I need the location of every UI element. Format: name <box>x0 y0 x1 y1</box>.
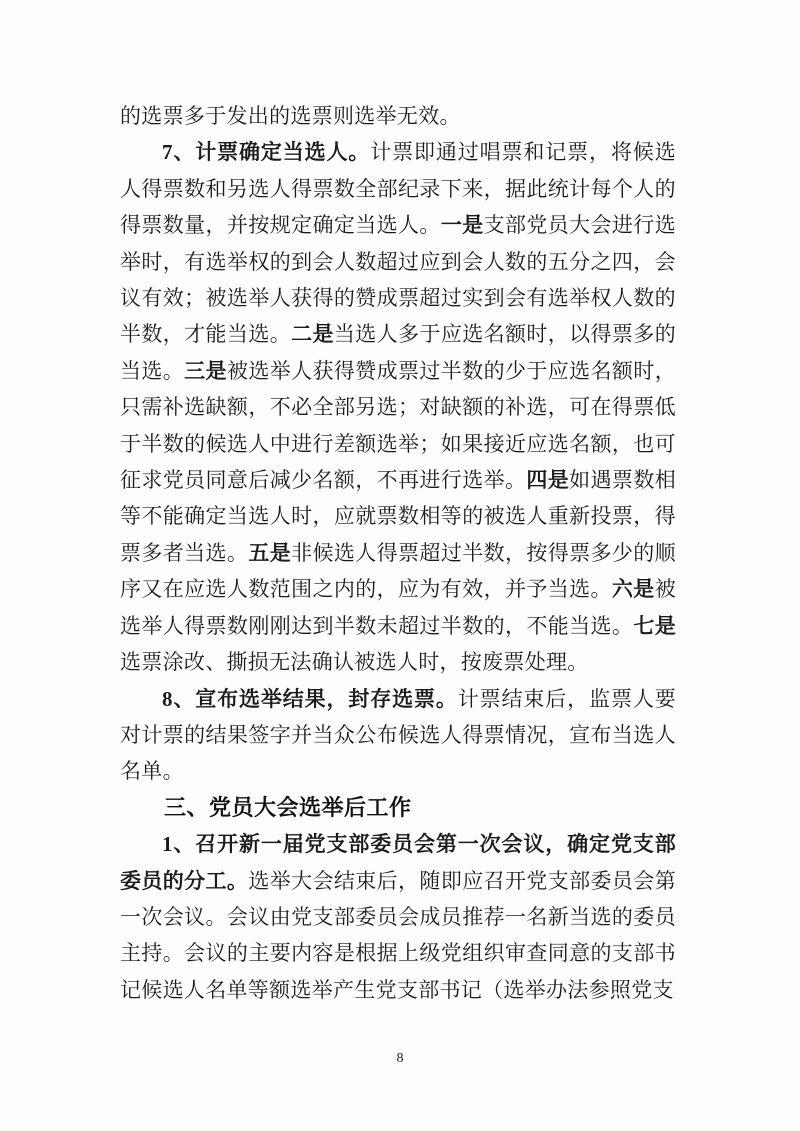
paragraph-item-7: 7、计票确定当选人。计票即通过唱票和记票，将候选人得票数和另选人得票数全部纪录下… <box>120 134 676 680</box>
emphasis-run: 三是 <box>184 359 227 383</box>
text-run: 选票涂改、撕损无法确认被选人时，按废票处理。 <box>120 650 589 674</box>
paragraph-lead-run: 7、计票确定当选人。 <box>162 140 370 164</box>
emphasis-run: 一是 <box>441 213 484 237</box>
document-page: 的选票多于发出的选票则选举无效。 7、计票确定当选人。计票即通过唱票和记票，将候… <box>0 0 800 1131</box>
emphasis-run: 四是 <box>526 468 569 492</box>
paragraph-item-8: 8、宣布选举结果，封存选票。计票结束后，监票人要对计票的结果签字并当众公布候选人… <box>120 681 676 790</box>
document-body: 的选票多于发出的选票则选举无效。 7、计票确定当选人。计票即通过唱票和记票，将候… <box>120 98 676 1008</box>
paragraph-lead-run: 8、宣布选举结果，封存选票。 <box>162 687 458 711</box>
paragraph-item-1-after: 1、召开新一届党支部委员会第一次会议，确定党支部委员的分工。选举大会结束后，随即… <box>120 826 676 1008</box>
text-run: 的选票多于发出的选票则选举无效。 <box>120 104 461 128</box>
section-heading-3: 三、党员大会选举后工作 <box>120 790 676 826</box>
emphasis-run: 二是 <box>291 322 334 346</box>
paragraph-continuation: 的选票多于发出的选票则选举无效。 <box>120 98 676 134</box>
emphasis-run: 七是 <box>633 614 676 638</box>
emphasis-run: 六是 <box>612 577 655 601</box>
page-number: 8 <box>0 1050 800 1068</box>
heading-text: 三、党员大会选举后工作 <box>164 795 412 820</box>
emphasis-run: 五是 <box>248 541 291 565</box>
